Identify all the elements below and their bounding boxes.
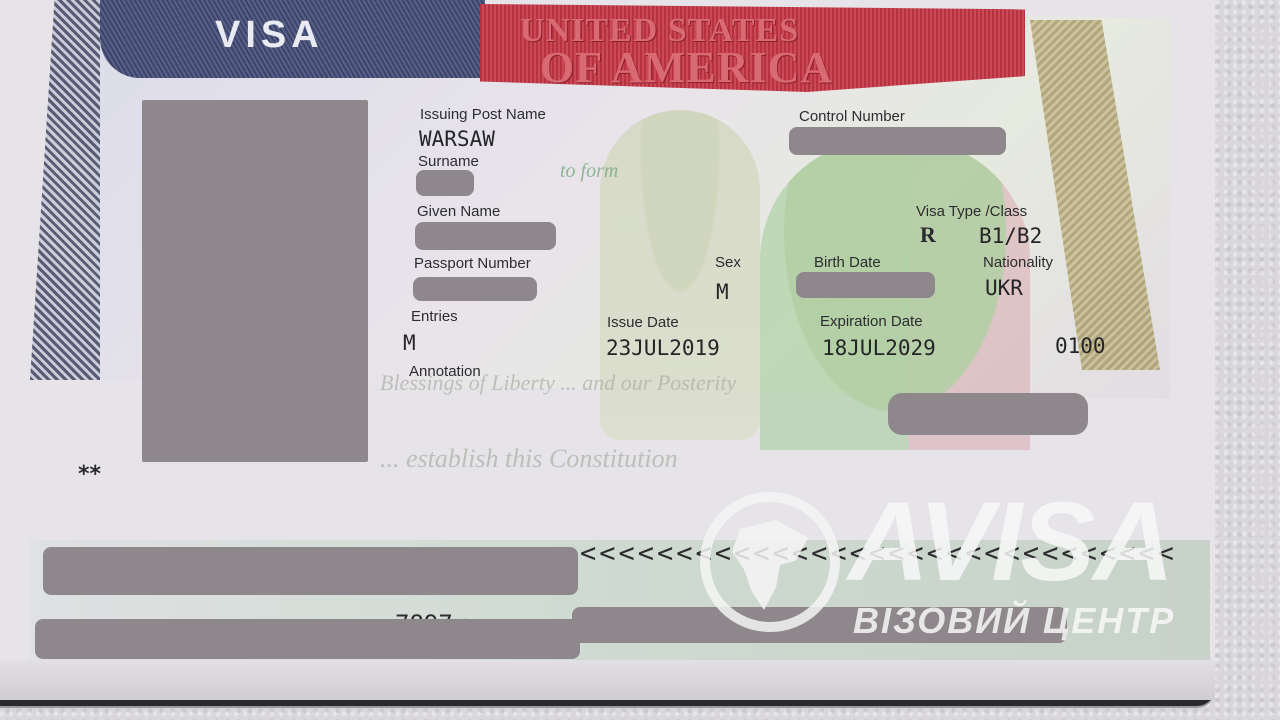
visa-type-label: Visa Type /Class	[916, 203, 1027, 220]
nationality-label: Nationality	[983, 254, 1053, 271]
annotation-redaction	[888, 393, 1088, 435]
page-edge	[0, 660, 1215, 700]
issue-date-label: Issue Date	[607, 314, 679, 331]
motto-fragment: to form	[560, 160, 618, 183]
given-name-redaction	[415, 222, 556, 250]
birth-date-label: Birth Date	[814, 254, 881, 271]
issuing-post-label: Issuing Post Name	[420, 106, 546, 123]
entries-label: Entries	[411, 308, 458, 325]
issue-date-value: 23JUL2019	[606, 336, 720, 360]
photo-redaction	[142, 100, 368, 462]
annotation-label: Annotation	[409, 363, 481, 380]
watermark-subtitle: ВІЗОВИЙ ЦЕНТР	[853, 600, 1175, 642]
surname-redaction	[416, 170, 474, 196]
entries-value: M	[403, 331, 416, 355]
visa-type-value: R	[920, 222, 936, 248]
control-number-redaction	[789, 127, 1006, 155]
given-name-label: Given Name	[417, 203, 500, 220]
asterisks: **	[78, 462, 101, 487]
visa-title: VISA	[215, 14, 324, 57]
birth-date-redaction	[796, 272, 935, 298]
continent-shape	[732, 520, 812, 610]
issuing-post-value: WARSAW	[419, 127, 495, 151]
sex-value: M	[716, 280, 729, 304]
expiration-date-label: Expiration Date	[820, 313, 923, 330]
visa-class-value: B1/B2	[979, 224, 1042, 248]
passport-number-label: Passport Number	[414, 255, 531, 272]
passport-number-redaction	[413, 277, 537, 301]
globe-icon	[700, 492, 840, 632]
sex-label: Sex	[715, 254, 741, 271]
control-number-label: Control Number	[799, 108, 905, 125]
surname-label: Surname	[418, 153, 479, 170]
mrz-line-2-redaction-left	[35, 619, 580, 659]
watermark-brand: AVISA	[848, 486, 1172, 598]
motto-fragment: ... establish this Constitution	[380, 444, 678, 474]
code-value: 0100	[1055, 334, 1106, 358]
country-line-2: OF AMERICA	[540, 42, 833, 93]
nationality-value: UKR	[985, 276, 1023, 300]
expiration-date-value: 18JUL2029	[822, 336, 936, 360]
mrz-line-1-redaction	[43, 547, 578, 595]
